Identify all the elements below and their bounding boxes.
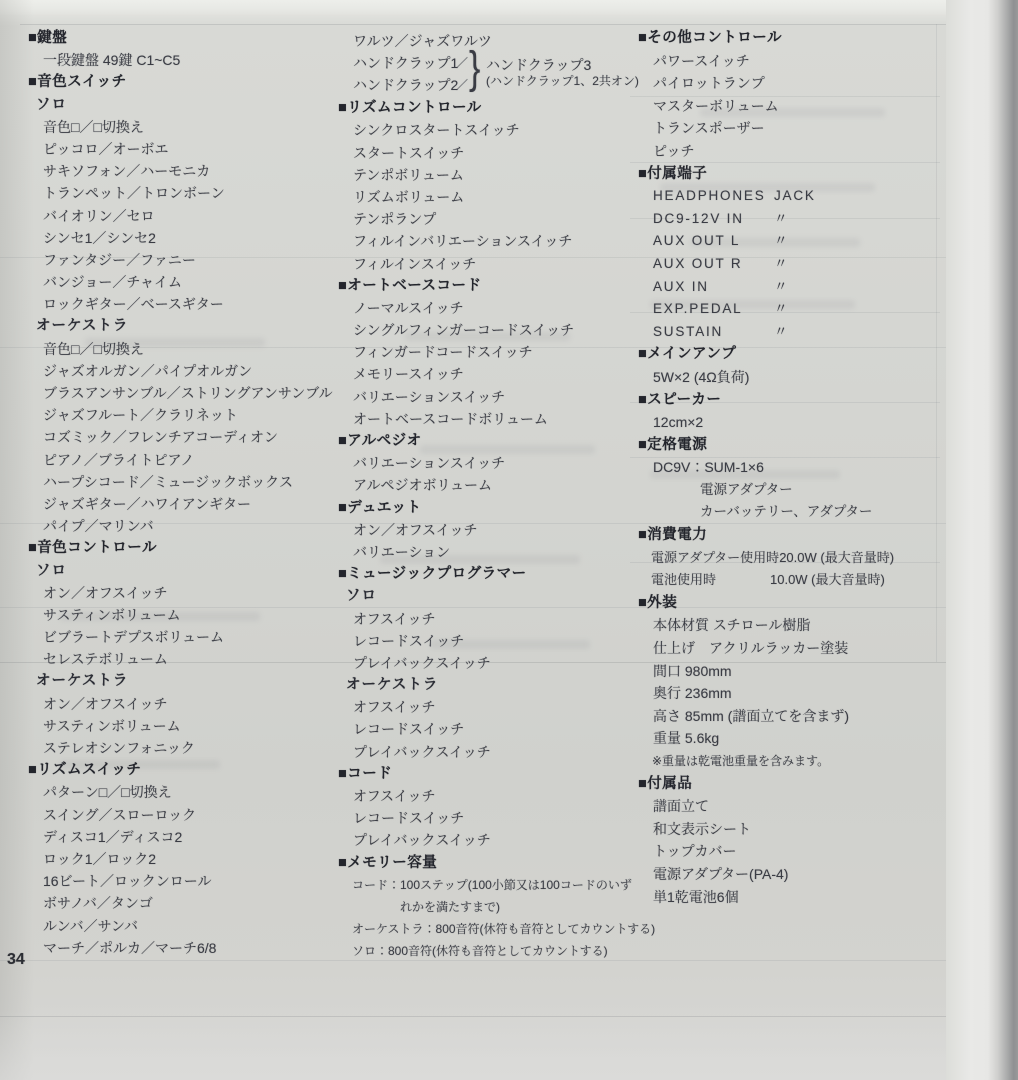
spec-item: バリエーション (338, 541, 638, 563)
terminal-name: AUX OUT R (653, 253, 774, 276)
section-header: ■アルペジオ (338, 430, 638, 452)
spec-item: オフスイッチ (338, 785, 638, 807)
spec-item: シングルフィンガーコードスイッチ (338, 319, 638, 341)
section-header: ■付属品 (638, 773, 943, 796)
spec-item: オフスイッチ (338, 696, 638, 718)
spec-line-list: ■鍵盤一段鍵盤 49鍵 C1~C5■音色スイッチソロ音色□／□切換えピッコロ／オ… (28, 27, 338, 959)
spec-note: (ハンドクラップ1、2共オン) (486, 74, 639, 89)
terminal-name: AUX OUT L (653, 230, 774, 253)
group-label: オーケストラ (28, 315, 338, 337)
spec-item: 電源アダプター(PA-4) (638, 863, 943, 886)
power-consumption-line: 電池使用時10.0W (最大音量時) (638, 569, 943, 592)
spec-item: レコードスイッチ (338, 630, 638, 652)
ditto-mark: 〃 (774, 211, 789, 226)
ditto-mark: 〃 (774, 233, 789, 248)
spec-note: ソロ：800音符(休符も音符としてカウントする) (338, 940, 638, 962)
spec-column-right: ■その他コントロールパワースイッチパイロットランプマスターボリュームトランスポー… (638, 27, 943, 908)
terminal-line: AUX OUT R〃 (638, 253, 943, 276)
spec-item: フィンガードコードスイッチ (338, 341, 638, 363)
spec-item: レコードスイッチ (338, 718, 638, 740)
spec-item: トランスポーザー (638, 117, 943, 140)
spec-item: サスティンボリューム (28, 604, 338, 626)
spec-item: 単1乾電池6個 (638, 886, 943, 909)
ditto-mark: 〃 (774, 279, 789, 294)
spec-item: シンセ1／シンセ2 (28, 227, 338, 249)
spec-item: ジャズオルガン／パイプオルガン (28, 360, 338, 382)
spec-item: マスターボリューム (638, 95, 943, 118)
spec-item-indented: カーバッテリー、アダプター (638, 501, 943, 524)
paper-bottom-shade (0, 1010, 946, 1080)
terminal-name: EXP.PEDAL (653, 298, 774, 321)
spec-item: マーチ／ポルカ／マーチ6/8 (28, 937, 338, 959)
spec-item: サキソフォン／ハーモニカ (28, 160, 338, 182)
section-header: ■メモリー容量 (338, 852, 638, 874)
spec-item: 間口 980mm (638, 660, 943, 683)
spec-item: ジャズギター／ハワイアンギター (28, 493, 338, 515)
spec-item: ステレオシンフォニック (28, 737, 338, 759)
spec-item: DC9V：SUM-1×6 (638, 456, 943, 479)
spec-item: ブラスアンサンブル／ストリングアンサンブル (28, 382, 338, 404)
handclap-bracket-group: ハンドクラップ1 ハンドクラップ2 ／ ／ } ハンドクラップ3 (ハンドクラッ… (338, 52, 638, 97)
consumption-label: 電源アダプター使用時 (651, 547, 779, 570)
section-header: ■音色コントロール (28, 537, 338, 559)
group-label: オーケストラ (338, 674, 638, 696)
section-header: ■ミュージックプログラマー (338, 563, 638, 585)
spec-item: シンクロスタートスイッチ (338, 119, 638, 141)
section-header: ■その他コントロール (638, 27, 943, 50)
spec-item: トランペット／トロンボーン (28, 182, 338, 204)
slash-mark: ／ (456, 76, 468, 93)
spec-item: ワルツ／ジャズワルツ (338, 30, 638, 52)
spec-item: パターン□／□切換え (28, 781, 338, 803)
section-header: ■付属端子 (638, 163, 943, 186)
spec-item: サスティンボリューム (28, 715, 338, 737)
spec-item: オン／オフスイッチ (28, 582, 338, 604)
spec-line-list: ■その他コントロールパワースイッチパイロットランプマスターボリュームトランスポー… (638, 27, 943, 908)
group-label: ソロ (338, 585, 638, 607)
ditto-mark: 〃 (774, 256, 789, 271)
consumption-label: 電池使用時 (651, 569, 770, 592)
ditto-mark: 〃 (774, 324, 789, 339)
spec-item: ピッコロ／オーボエ (28, 138, 338, 160)
consumption-value: 20.0W (最大音量時) (779, 550, 894, 565)
spec-item: プレイバックスイッチ (338, 741, 638, 763)
handclap-right-lines: ハンドクラップ3 (ハンドクラップ1、2共オン) (486, 57, 639, 89)
spec-item: 音色□／□切換え (28, 116, 338, 138)
spec-item: ハンドクラップ3 (486, 57, 639, 74)
spec-item: フィルインスイッチ (338, 253, 638, 275)
spec-line-list: ワルツ／ジャズワルツ (338, 30, 638, 52)
spec-item: トップカバー (638, 840, 943, 863)
spec-note: オーケストラ：800音符(休符も音符としてカウントする) (338, 918, 638, 940)
spec-item: 高さ 85mm (譜面立てを含まず) (638, 705, 943, 728)
spec-item: バリエーションスイッチ (338, 452, 638, 474)
ditto-mark: JACK (774, 188, 816, 203)
spec-item: オフスイッチ (338, 608, 638, 630)
terminal-name: SUSTAIN (653, 321, 774, 344)
spec-item: ロック1／ロック2 (28, 848, 338, 870)
group-label: オーケストラ (28, 670, 338, 692)
spec-item: パワースイッチ (638, 50, 943, 73)
slash-mark: ／ (456, 54, 468, 71)
section-header: ■スピーカー (638, 389, 943, 412)
terminal-line: EXP.PEDAL〃 (638, 298, 943, 321)
spec-note: ※重量は乾電池重量を含みます。 (638, 750, 943, 773)
spec-item: 奥行 236mm (638, 682, 943, 705)
spec-item: アルペジオボリューム (338, 474, 638, 496)
scanned-manual-page: { "page": { "number": "34" }, "col1": { … (0, 0, 1018, 1080)
paper-right-edge (946, 0, 1018, 1080)
spec-item: バイオリン／セロ (28, 205, 338, 227)
section-header: ■消費電力 (638, 524, 943, 547)
section-header: ■音色スイッチ (28, 71, 338, 93)
terminal-line: DC9-12V IN〃 (638, 208, 943, 231)
spec-item: コズミック／フレンチアコーディオン (28, 426, 338, 448)
section-header: ■リズムスイッチ (28, 759, 338, 781)
spec-item: ジャズフルート／クラリネット (28, 404, 338, 426)
bleedthrough-line (0, 1016, 946, 1017)
spec-item: ロックギター／ベースギター (28, 293, 338, 315)
spec-item: オン／オフスイッチ (28, 693, 338, 715)
group-label: ソロ (28, 560, 338, 582)
spec-item: スイング／スローロック (28, 804, 338, 826)
spec-item: 一段鍵盤 49鍵 C1~C5 (28, 49, 338, 71)
section-header: ■リズムコントロール (338, 97, 638, 119)
spec-item: ディスコ1／ディスコ2 (28, 826, 338, 848)
spec-column-middle: ワルツ／ジャズワルツ ハンドクラップ1 ハンドクラップ2 ／ ／ } ハンドクラ… (338, 30, 638, 963)
spec-item: プレイバックスイッチ (338, 829, 638, 851)
terminal-line: HEADPHONESJACK (638, 185, 943, 208)
terminal-name: DC9-12V IN (653, 208, 774, 231)
group-label: ソロ (28, 94, 338, 116)
spec-item: テンポランプ (338, 208, 638, 230)
spec-item: セレステボリューム (28, 648, 338, 670)
terminal-line: SUSTAIN〃 (638, 321, 943, 344)
spec-line-list: ■リズムコントロールシンクロスタートスイッチスタートスイッチテンポボリュームリズ… (338, 97, 638, 962)
spec-item: 仕上げ アクリルラッカー塗装 (638, 637, 943, 660)
spec-item: 和文表示シート (638, 818, 943, 841)
terminal-name: HEADPHONES (653, 185, 774, 208)
spec-item: ハープシコード／ミュージックボックス (28, 471, 338, 493)
spec-item: パイプ／マリンバ (28, 515, 338, 537)
spec-item: バリエーションスイッチ (338, 386, 638, 408)
spec-item: リズムボリューム (338, 186, 638, 208)
spec-item: バンジョー／チャイム (28, 271, 338, 293)
spec-item: 本体材質 スチロール樹脂 (638, 614, 943, 637)
spec-item: スタートスイッチ (338, 142, 638, 164)
section-header: ■外装 (638, 592, 943, 615)
spec-item: 5W×2 (4Ω負荷) (638, 366, 943, 389)
spec-column-left: ■鍵盤一段鍵盤 49鍵 C1~C5■音色スイッチソロ音色□／□切換えピッコロ／オ… (28, 27, 338, 959)
section-header: ■オートベースコード (338, 275, 638, 297)
spec-item: ノーマルスイッチ (338, 297, 638, 319)
spec-item: メモリースイッチ (338, 363, 638, 385)
power-consumption-line: 電源アダプター使用時20.0W (最大音量時) (638, 547, 943, 570)
spec-item: プレイバックスイッチ (338, 652, 638, 674)
section-header: ■定格電源 (638, 434, 943, 457)
spec-note: コード：100ステップ(100小節又は100コードのいず (338, 874, 638, 896)
spec-item: 12cm×2 (638, 411, 943, 434)
section-header: ■コード (338, 763, 638, 785)
page-number: 34 (7, 951, 25, 969)
spec-item: 16ビート／ロックンロール (28, 870, 338, 892)
spec-item: ビブラートデプスボリューム (28, 626, 338, 648)
spec-item: 譜面立て (638, 795, 943, 818)
spec-item: オン／オフスイッチ (338, 519, 638, 541)
spec-note-wrap: れかを満たすまで) (338, 896, 638, 918)
ditto-mark: 〃 (774, 301, 789, 316)
spec-item: テンポボリューム (338, 164, 638, 186)
spec-item: パイロットランプ (638, 72, 943, 95)
section-header: ■メインアンプ (638, 343, 943, 366)
spec-item: レコードスイッチ (338, 807, 638, 829)
terminal-line: AUX OUT L〃 (638, 230, 943, 253)
section-header: ■デュエット (338, 497, 638, 519)
spec-item: ピッチ (638, 140, 943, 163)
spec-item: ピアノ／ブライトピアノ (28, 449, 338, 471)
bleedthrough-line (20, 24, 946, 25)
terminal-line: AUX IN〃 (638, 276, 943, 299)
spec-item: オートベースコードボリューム (338, 408, 638, 430)
terminal-name: AUX IN (653, 276, 774, 299)
consumption-value: 10.0W (最大音量時) (770, 572, 885, 587)
spec-item: 音色□／□切換え (28, 338, 338, 360)
section-header: ■鍵盤 (28, 27, 338, 49)
spec-item: ファンタジー／ファニー (28, 249, 338, 271)
brace-glyph: } (469, 43, 480, 94)
spec-item: 重量 5.6kg (638, 727, 943, 750)
spec-item: ルンバ／サンバ (28, 915, 338, 937)
spec-item-indented: 電源アダプター (638, 479, 943, 502)
spec-item: ボサノバ／タンゴ (28, 892, 338, 914)
spec-item: フィルインバリエーションスイッチ (338, 230, 638, 252)
paper-top-shade (0, 0, 946, 16)
